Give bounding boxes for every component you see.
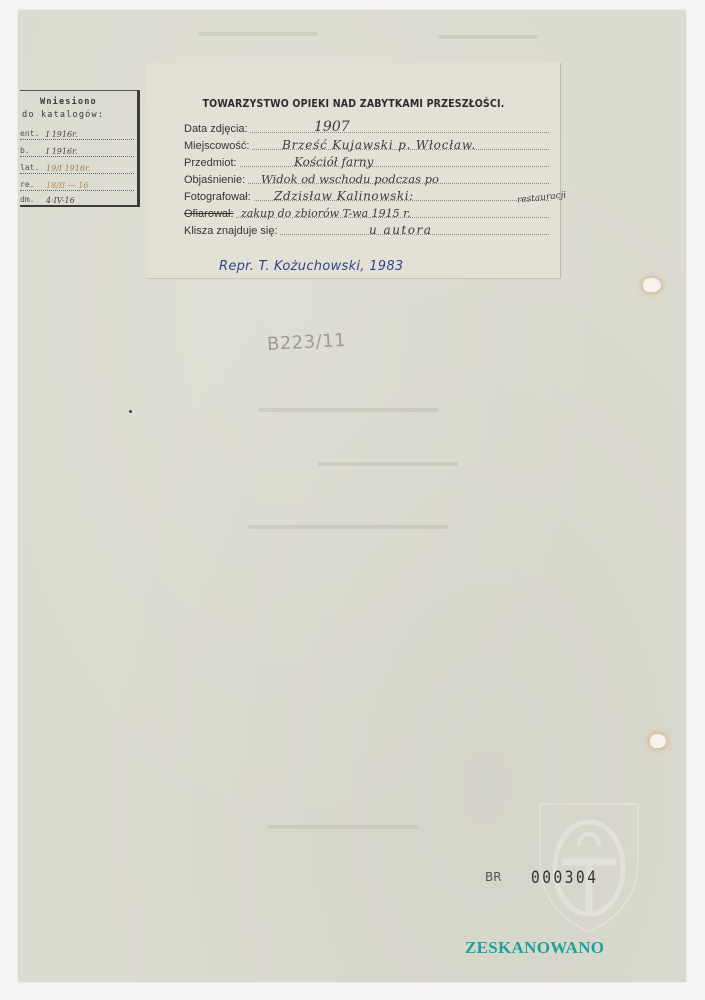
field-label: Data zdjęcia: <box>184 123 250 135</box>
field-value: 1907 <box>314 119 350 135</box>
stamp-row-value: 4·IV-16 <box>46 196 75 205</box>
show-through-mark <box>268 825 418 829</box>
show-through-mark <box>198 32 318 36</box>
field-value: Zdzisław Kalinowski: <box>274 189 414 203</box>
stamp-row-label: b. <box>20 146 30 155</box>
field-subject: Przedmiot: Kościół farny <box>184 153 549 169</box>
photo-index-card: TOWARZYSTWO OPIEKI NAD ZABYTKAMI PRZESZŁ… <box>147 63 561 279</box>
field-locality: Miejscowość: Brześć Kujawski p. Włocław. <box>184 136 549 152</box>
stamp-row: re. 18/II — 16 <box>20 176 134 191</box>
show-through-mark <box>258 408 438 412</box>
document-sheet: Wniesiono do katalogów: ent. I 1916r. b.… <box>18 10 686 982</box>
stamp-title: Wniesiono <box>40 97 97 107</box>
field-label: Klisza znajduje się: <box>184 225 280 237</box>
field-photo-date: Data zdjęcia: 1907 <box>184 119 549 135</box>
field-label: Miejscowość: <box>184 140 251 152</box>
field-value: zakup do zbiorów T-wa 1915 r. <box>241 207 411 220</box>
stamp-row-value: I 1916r. <box>46 147 78 156</box>
stamp-row-value: 19/I 1916r. <box>46 164 90 173</box>
field-donor: Ofiarował: zakup do zbiorów T-wa 1915 r. <box>184 204 549 220</box>
field-photographer: Fotografował: Zdzisław Kalinowski: <box>184 187 549 203</box>
field-value: Kościół farny <box>294 155 373 169</box>
stamp-row: lat. 19/I 1916r. <box>20 159 134 174</box>
paper-hole <box>643 278 661 292</box>
field-label: Objaśnienie: <box>184 174 247 186</box>
field-negative-location: Klisza znajduje się: u autora <box>184 221 549 237</box>
field-label: Fotografował: <box>184 191 253 203</box>
field-value: Brześć Kujawski p. Włocław. <box>282 138 476 152</box>
field-value: Widok od wschodu podczas po <box>261 172 439 186</box>
stamp-row: ent. I 1916r. <box>20 125 134 140</box>
show-through-mark <box>438 35 538 39</box>
stamp-row: b. I 1916r. <box>20 142 134 157</box>
paper-hole <box>650 734 666 748</box>
stamp-row: dm. 4·IV-16 <box>20 191 134 206</box>
stamp-row-label: re. <box>20 180 34 189</box>
stamp-row-value: I 1916r. <box>46 130 78 139</box>
field-label: Ofiarował: <box>184 208 236 220</box>
field-label: Przedmiot: <box>184 157 239 169</box>
show-through-mark <box>248 525 448 529</box>
pencil-catalogue-reference: B223/11 <box>267 330 347 355</box>
card-title: TOWARZYSTWO OPIEKI NAD ZABYTKAMI PRZESZŁ… <box>176 97 531 110</box>
stamp-row-value: 18/II — 16 <box>46 181 88 190</box>
catalogue-entry-stamp: Wniesiono do katalogów: ent. I 1916r. b.… <box>20 90 140 207</box>
field-description: Objaśnienie: Widok od wschodu podczas po <box>184 170 549 186</box>
scanned-stamp: ZESKANOWANO <box>465 938 604 958</box>
show-through-mark <box>318 462 458 466</box>
stamp-row-label: lat. <box>20 163 39 172</box>
reproduction-note: Repr. T. Kożuchowski, 1983 <box>219 259 403 274</box>
ink-speck <box>129 410 132 413</box>
br-prefix: BR <box>485 870 502 884</box>
stamp-subtitle: do katalogów: <box>22 110 104 120</box>
stamp-row-label: ent. <box>20 129 39 138</box>
stamp-row-label: dm. <box>20 195 34 204</box>
field-value: u autora <box>369 223 432 237</box>
inventory-serial-number: 000304 <box>531 868 599 888</box>
